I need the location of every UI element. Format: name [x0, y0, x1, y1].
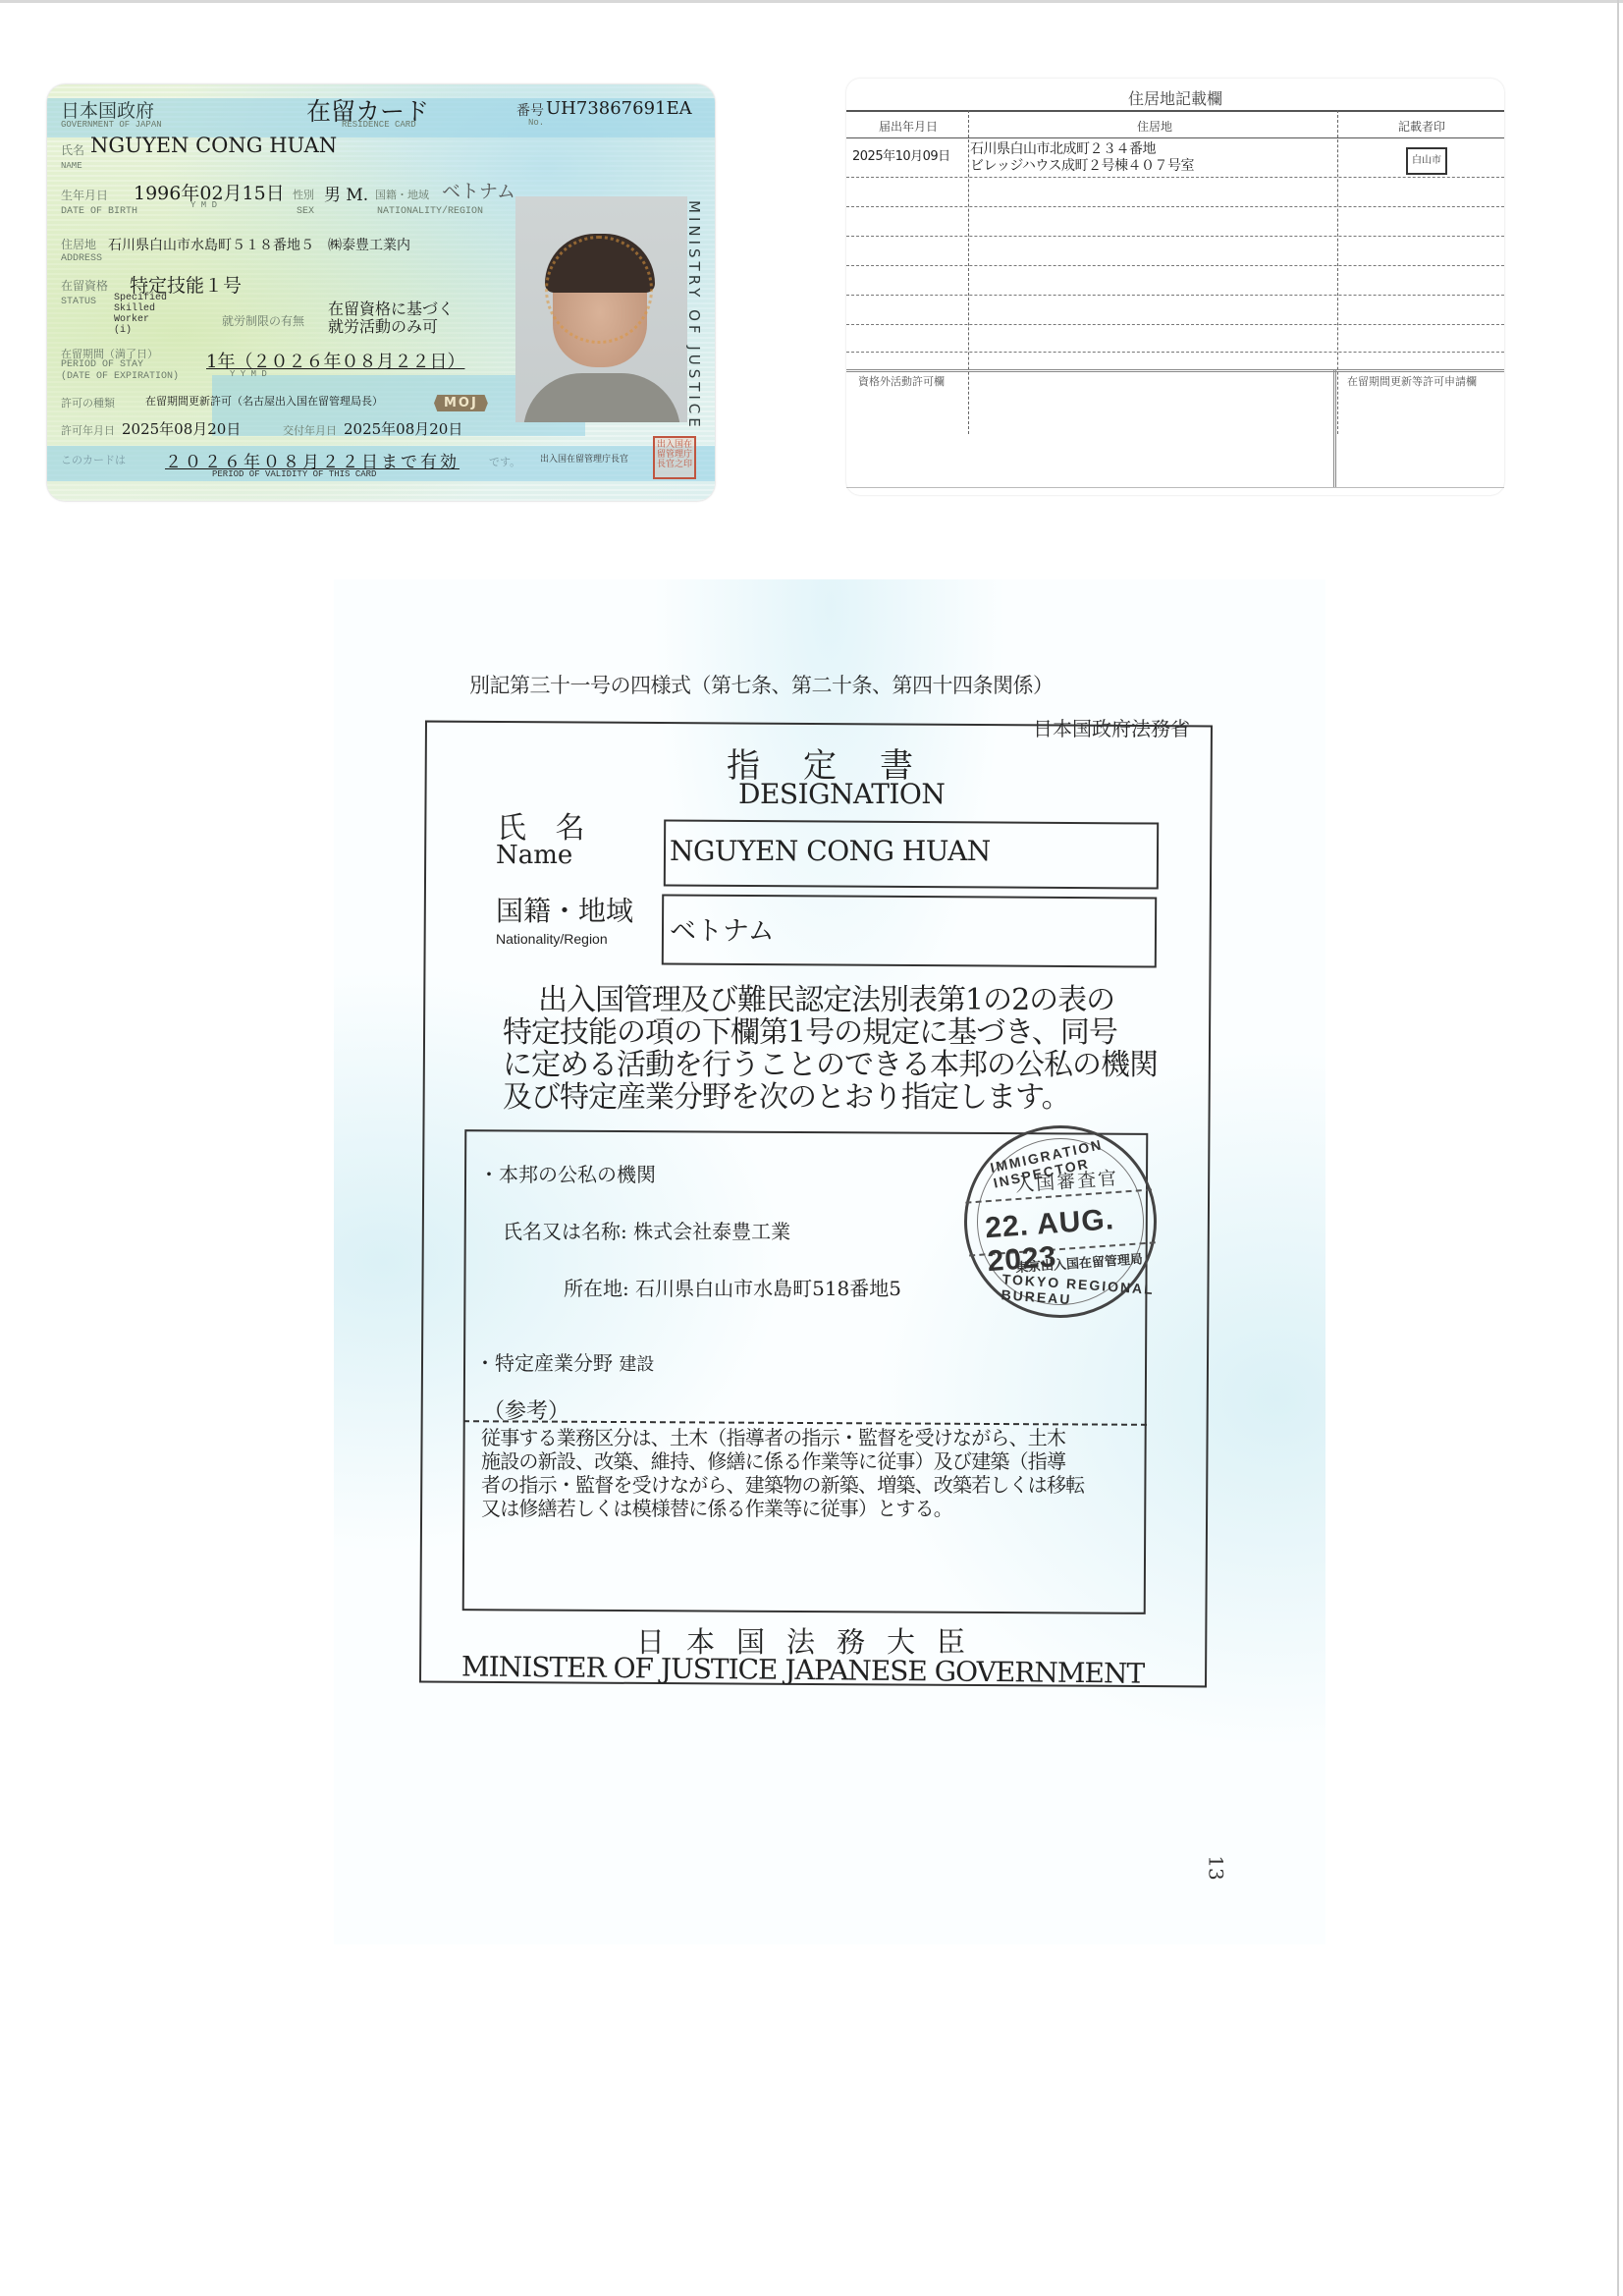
- renewal-application-label: 在留期間更新等許可申請欄: [1347, 373, 1477, 389]
- residence-card-front: 日本国政府 GOVERNMENT OF JAPAN 在留カード RESIDENC…: [47, 84, 715, 501]
- period-label-en-2: (DATE OF EXPIRATION): [61, 371, 179, 382]
- hologram-overlay: [545, 236, 653, 344]
- organization-address-label: 所在地:: [564, 1277, 629, 1300]
- status-en: Specified Skilled Worker (i): [114, 293, 167, 336]
- issue-date-label: 交付年月日: [283, 422, 337, 438]
- designation-body: 出入国管理及び難民認定法別表第1の2の表の 特定技能の項の下欄第1号の規定に基づ…: [503, 984, 1170, 1114]
- work-restriction: 在留資格に基づく 就労活動のみ可: [328, 301, 454, 336]
- work-restriction-line: 就労活動のみ可: [328, 318, 454, 336]
- status-en-line: Specified: [114, 293, 167, 303]
- address-section-title: 住居地記載欄: [846, 86, 1504, 109]
- column-divider: [968, 110, 969, 434]
- header-recorder-seal: 記載者印: [1339, 118, 1504, 135]
- issue-date: 2025年08月20日: [344, 418, 462, 439]
- work-restriction-label: 就労制限の有無: [222, 312, 304, 329]
- dob-ymd-hint: Y M D: [190, 200, 217, 210]
- status-en-line: (i): [114, 325, 167, 336]
- holder-photo: [515, 196, 687, 422]
- issuer-en: GOVERNMENT OF JAPAN: [61, 120, 162, 130]
- status-label-jp: 在留資格: [61, 277, 108, 294]
- designation-name: NGUYEN CONG HUAN: [670, 835, 991, 867]
- reference-body: 従事する業務区分は、土木（指導者の指示・監督を受けながら、土木 施設の新設、改築…: [481, 1426, 1139, 1520]
- status-label-en: STATUS: [61, 297, 96, 307]
- body-line: 出入国管理及び難民認定法別表第1の2の表の: [503, 984, 1170, 1016]
- card-number-label: 番号: [516, 100, 544, 120]
- card-address: 石川県白山市水島町５１８番地５ ㈱泰豊工業内: [108, 235, 410, 254]
- card-title-en: RESIDENCE CARD: [342, 120, 416, 130]
- reference-heading: （参考）: [483, 1394, 569, 1425]
- organization-heading: ・本邦の公私の機関: [479, 1159, 656, 1187]
- row-divider: [846, 177, 1504, 178]
- permit-type: 在留期間更新許可（名古屋出入国在留管理局長）: [145, 393, 383, 409]
- address-record: 石川県白山市北成町２３４番地 ビレッジハウス成町２号棟４０７号室: [970, 141, 1194, 175]
- official-seal: 出入国在留管理庁長官之印: [653, 436, 696, 479]
- name-label-jp: 氏名: [61, 141, 84, 158]
- organization-name-label: 氏名又は名称:: [503, 1220, 627, 1243]
- residence-card-back: 住居地記載欄 届出年月日 住居地 記載者印 2025年10月09日 石川県白山市…: [846, 79, 1504, 495]
- address-record-date: 2025年10月09日: [852, 145, 950, 164]
- header-date: 届出年月日: [846, 118, 970, 135]
- status-en-line: Skilled: [114, 303, 167, 314]
- name-label-en: NAME: [61, 161, 82, 171]
- row-divider: [846, 324, 1504, 325]
- header-address: 住居地: [970, 118, 1339, 135]
- validity-label-en: PERIOD OF VALIDITY OF THIS CARD: [212, 469, 376, 479]
- card-number: UH73867691EA: [546, 98, 692, 119]
- extra-activity-permit-label: 資格外活動許可欄: [858, 373, 945, 389]
- body-line: 特定技能の項の下欄第1号の規定に基づき、同号: [503, 1016, 1170, 1049]
- address-line: 石川県白山市北成町２３４番地: [970, 141, 1194, 158]
- permit-type-label: 許可の種類: [61, 395, 115, 410]
- permit-date: 2025年08月20日: [122, 418, 241, 439]
- header-bottom-rule: [846, 137, 1504, 138]
- nationality-label-en: NATIONALITY/REGION: [377, 206, 483, 217]
- ministry-vertical-text: MINISTRY OF JUSTICE: [685, 200, 703, 431]
- dob-label-jp: 生年月日: [61, 187, 108, 203]
- card-bottom-edge: [846, 487, 1504, 488]
- scan-edge-top: [0, 0, 1623, 3]
- period-ymd-hint: Y Y M D: [230, 369, 267, 379]
- card-issuer-footer: 出入国在留管理庁長官: [540, 452, 628, 465]
- section-separator: [846, 369, 1504, 372]
- address-label-jp: 住居地: [61, 236, 96, 252]
- reference-line: 又は修繕若しくは模様替に係る作業等に従事）とする。: [481, 1497, 1139, 1520]
- photo-shoulders: [523, 373, 680, 422]
- status-en-line: Worker: [114, 314, 167, 325]
- sex: 男 M.: [324, 181, 368, 205]
- dob-label-en: DATE OF BIRTH: [61, 206, 137, 217]
- sex-label-jp: 性別: [293, 187, 314, 202]
- designation-title-en: DESIGNATION: [738, 778, 945, 810]
- nationality-label-jp: 国籍・地域: [375, 187, 429, 202]
- industry-field-row: ・特定産業分野 建設: [475, 1347, 654, 1376]
- work-restriction-line: 在留資格に基づく: [328, 301, 454, 318]
- address-line: ビレッジハウス成町２号棟４０７号室: [970, 158, 1194, 175]
- row-divider: [846, 295, 1504, 296]
- column-divider: [1337, 110, 1338, 434]
- body-line: に定める活動を行うことのできる本邦の公私の機関: [503, 1049, 1170, 1081]
- sex-label-en: SEX: [297, 206, 314, 217]
- reference-line: 施設の新設、改築、維持、修繕に係る作業等に従事）及び建築（指導: [481, 1449, 1139, 1473]
- designation-nationality: ベトナム: [670, 909, 775, 948]
- stamp-bottom-text: TOKYO REGIONAL BUREAU: [1001, 1271, 1160, 1313]
- body-line: 及び特定産業分野を次のとおり指定します。: [503, 1081, 1170, 1114]
- recorder-stamp: 白山市: [1406, 147, 1447, 175]
- permit-date-label: 許可年月日: [61, 422, 115, 438]
- reference-line: 者の指示・監督を受けながら、建築物の新築、増築、改築若しくは移転: [481, 1473, 1139, 1497]
- organization-address: 石川県白山市水島町518番地5: [635, 1277, 901, 1300]
- page-number: 13: [1205, 1855, 1228, 1880]
- validity-suffix: です。: [489, 454, 520, 469]
- nationality-label-jp: 国籍・地域: [496, 890, 633, 929]
- address-label-en: ADDRESS: [61, 253, 102, 264]
- industry-field: 建設: [619, 1354, 654, 1375]
- section-vertical-separator: [1333, 369, 1336, 487]
- industry-field-label: ・特定産業分野: [475, 1351, 613, 1375]
- validity-prefix: このカードは: [61, 452, 126, 467]
- table-top-rule: [846, 110, 1504, 112]
- issuer-jp: 日本国政府: [61, 96, 154, 123]
- row-divider: [846, 206, 1504, 207]
- row-divider: [846, 352, 1504, 353]
- nationality: ベトナム: [442, 177, 515, 203]
- reference-line: 従事する業務区分は、土木（指導者の指示・監督を受けながら、土木: [481, 1426, 1139, 1449]
- row-divider: [846, 236, 1504, 237]
- nationality-label-en: Nationality/Region: [496, 931, 608, 947]
- scan-edge-right: [1617, 0, 1619, 2296]
- period-label-en-1: PERIOD OF STAY: [61, 359, 143, 370]
- organization-name: 株式会社泰豊工業: [633, 1220, 790, 1243]
- moj-badge: MOJ: [434, 395, 488, 411]
- card-number-label-en: No.: [528, 118, 544, 128]
- form-reference: 別記第三十一号の四様式（第七条、第二十条、第四十四条関係）: [469, 670, 1054, 699]
- name-label-en: Name: [496, 841, 572, 870]
- organization-address-row: 所在地: 石川県白山市水島町518番地5: [564, 1273, 901, 1301]
- row-divider: [846, 265, 1504, 266]
- card-holder-name: NGUYEN CONG HUAN: [90, 134, 337, 157]
- organization-name-row: 氏名又は名称: 株式会社泰豊工業: [503, 1216, 790, 1244]
